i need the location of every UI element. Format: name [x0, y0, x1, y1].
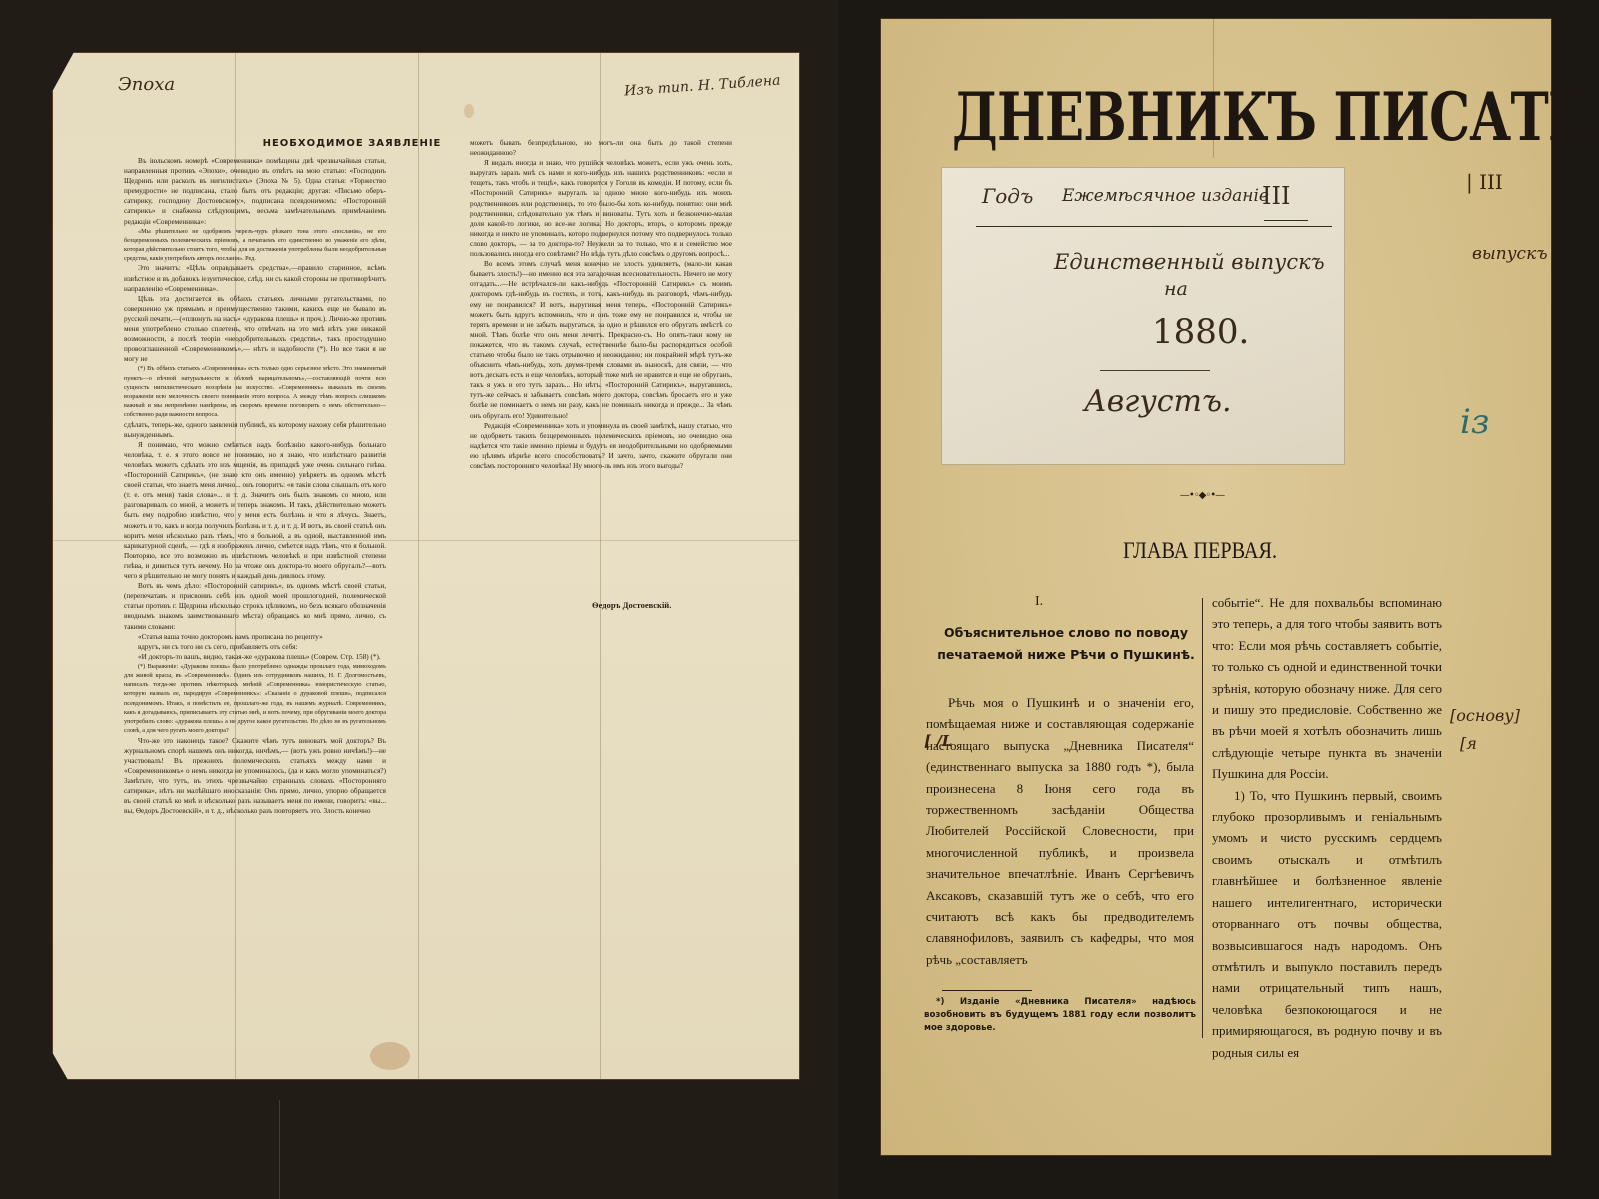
right-document-sheet: ДНЕВНИКЪ ПИСАТЕЛЯ. Годъ Ежемѣсячное изда… [880, 18, 1552, 1156]
paragraph: вдругъ, ни съ того ни съ сего, прибавляе… [124, 642, 386, 652]
footnote-rule [942, 990, 1032, 991]
paragraph: Въ іюльскомъ номерѣ «Современника» помѣщ… [124, 156, 386, 227]
label-year: 1880. [1152, 312, 1249, 352]
ornament-divider: —•◦◆◦•— [1162, 490, 1242, 501]
paragraph: «Мы рѣшительно не одобряемъ черезъ-чуръ … [124, 227, 386, 264]
footnote: (*) Въ обѣихъ статьяхъ «Современника» ес… [124, 364, 386, 419]
label-rule [1100, 370, 1210, 371]
label-volume: III [1262, 182, 1290, 210]
stain [370, 1042, 410, 1070]
text-column-1: Въ іюльскомъ номерѣ «Современника» помѣщ… [124, 156, 386, 816]
quote: «И докторъ-то вашъ, видно, такая-же «дур… [124, 652, 386, 662]
handwritten-note: Эпоха [118, 74, 175, 95]
label-edition: Ежемѣсячное изданіе [1062, 186, 1269, 206]
document-heading: НЕОБХОДИМОЕ ЗАЯВЛЕНІЕ [202, 138, 502, 149]
column-rule [1202, 598, 1203, 1038]
paragraph: Это значитъ: «Цѣль оправдываетъ средства… [124, 263, 386, 293]
paragraph: Цѣль эта достигается въ обѣихъ статьяхъ … [124, 294, 386, 365]
text-column-2: можетъ бывать безпредѣльною, но могъ-ли … [470, 138, 732, 471]
margin-note: выпускъ [1472, 244, 1548, 264]
label-preposition: на [1164, 278, 1188, 300]
chapter-title: ГЛАВА ПЕРВАЯ. [1068, 538, 1332, 564]
paragraph: 1) То, что Пушкинъ первый, своимъ глубок… [1212, 785, 1442, 1063]
footnote: (*) Выраженіе: «Дуракова плешь» было упо… [124, 662, 386, 736]
label-rule [1264, 220, 1308, 221]
margin-note: [ /L [924, 732, 952, 750]
paragraph: Вотъ въ чемъ дѣло: «Посторонній сатирикъ… [124, 581, 386, 631]
label-rule [976, 226, 1332, 227]
paragraph: событіе“. Не для похвальбы вспоминаю это… [1212, 592, 1442, 785]
left-document-sheet: Эпоха Изъ тип. Н. Тиблена НЕОБХОДИМОЕ ЗА… [52, 52, 800, 1080]
paragraph: можетъ бывать безпредѣльною, но могъ-ли … [470, 138, 732, 158]
paragraph: Рѣчь моя о Пушкинѣ и о значеніи его, пом… [926, 692, 1194, 970]
paragraph: Я видалъ иногда и знаю, что рушійся чело… [470, 158, 732, 259]
label-year-word: Годъ [982, 184, 1033, 208]
fold-line [418, 52, 419, 1080]
quote: «Статья ваша точно докторомъ вамъ пропис… [124, 632, 386, 642]
label-month: Августъ. [1084, 384, 1232, 419]
right-right-column: событіе“. Не для похвальбы вспоминаю это… [1212, 592, 1442, 1063]
masthead-title: ДНЕВНИКЪ ПИСАТЕЛЯ. [952, 78, 1467, 156]
pasted-label: Годъ Ежемѣсячное изданіе III Единственны… [942, 168, 1344, 464]
footnote: *) Изданіе «Дневника Писателя» надѣюсь в… [924, 996, 1196, 1035]
paragraph: сдѣлать, теперь-же, одного заявленія пуб… [124, 420, 386, 440]
margin-note: [я [1460, 734, 1477, 753]
stain [464, 104, 474, 118]
handwritten-note: Изъ тип. Н. Тиблена [624, 73, 781, 100]
divider-line [279, 1100, 280, 1199]
paragraph: Я понимаю, что можно смѣяться надъ болѣз… [124, 440, 386, 581]
paragraph: Редакція «Современника» хоть и упомянула… [470, 421, 732, 471]
section-number: I. [1035, 594, 1043, 610]
margin-note-blue: із [1460, 402, 1489, 442]
margin-note: [основу] [1450, 706, 1520, 725]
paragraph: Во всемъ этомъ случаѣ меня конечно не зл… [470, 259, 732, 421]
signature: Ѳедоръ Достоевскій. [592, 600, 671, 610]
margin-note: | III [1466, 170, 1503, 194]
label-issue: Единственный выпускъ [1054, 250, 1325, 274]
right-left-column: Рѣчь моя о Пушкинѣ и о значеніи его, пом… [926, 692, 1194, 970]
paragraph: Что-же это наконецъ такое? Скажите чѣмъ … [124, 736, 386, 817]
section-title: Объяснительное слово по поводу печатаемо… [928, 622, 1204, 666]
